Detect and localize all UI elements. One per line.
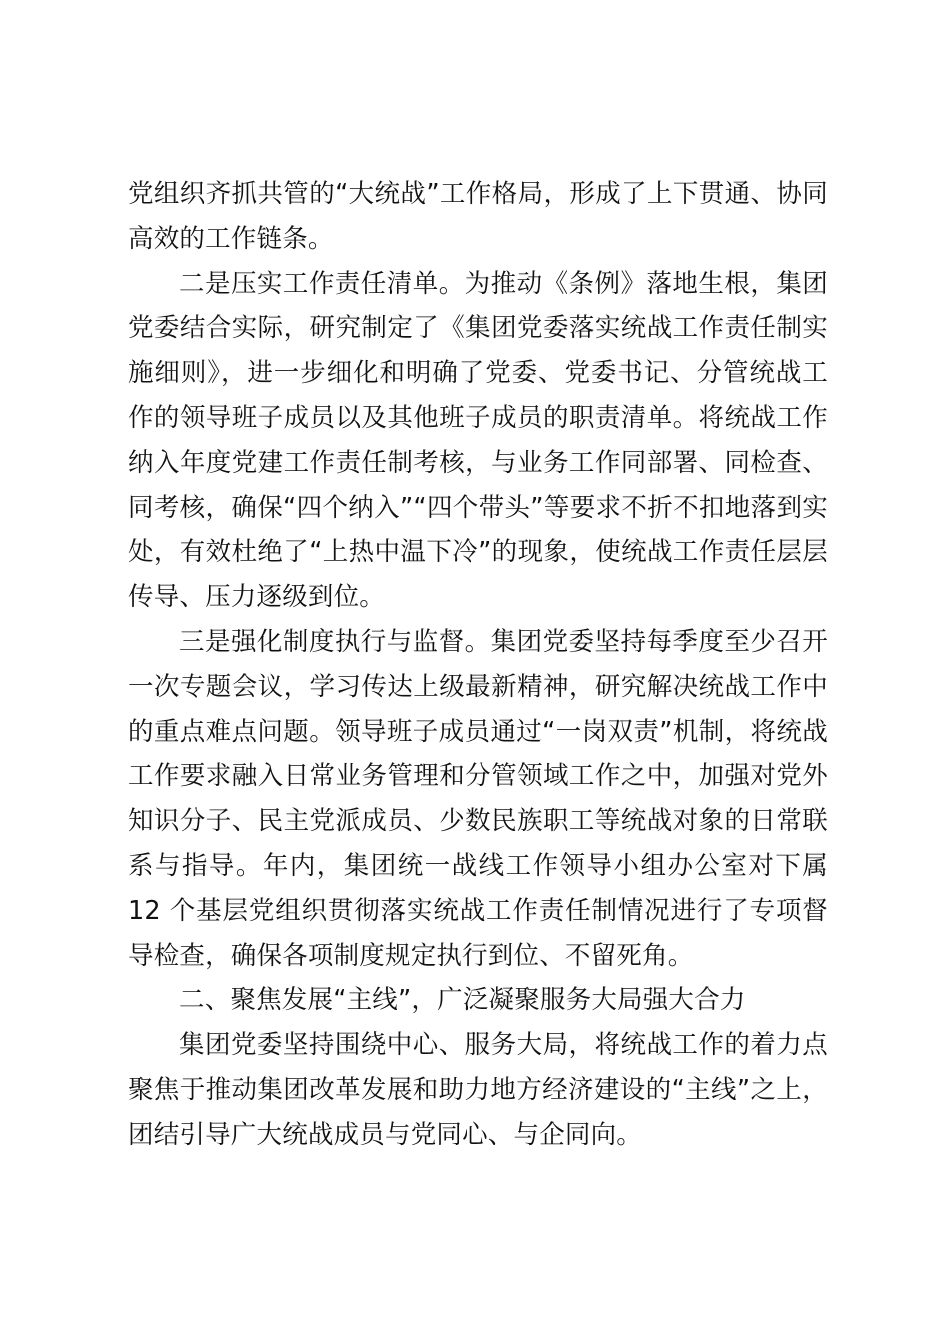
paragraph-main-line: 集团党委坚持围绕中心、服务大局，将统战工作的着力点聚焦于推动集团改革发展和助力地…	[128, 1023, 828, 1157]
paragraph-continuation: 党组织齐抓共管的“大统战”工作格局，形成了上下贯通、协同高效的工作链条。	[128, 172, 828, 262]
section-heading: 二、聚焦发展“主线”，广泛凝聚服务大局强大合力	[128, 978, 828, 1023]
paragraph-responsibility-list: 二是压实工作责任清单。为推动《条例》落地生根，集团党委结合实际，研究制定了《集团…	[128, 262, 828, 620]
paragraph-system-supervision: 三是强化制度执行与监督。集团党委坚持每季度至少召开一次专题会议，学习传达上级最新…	[128, 620, 828, 978]
document-page: 党组织齐抓共管的“大统战”工作格局，形成了上下贯通、协同高效的工作链条。 二是压…	[128, 172, 828, 1158]
